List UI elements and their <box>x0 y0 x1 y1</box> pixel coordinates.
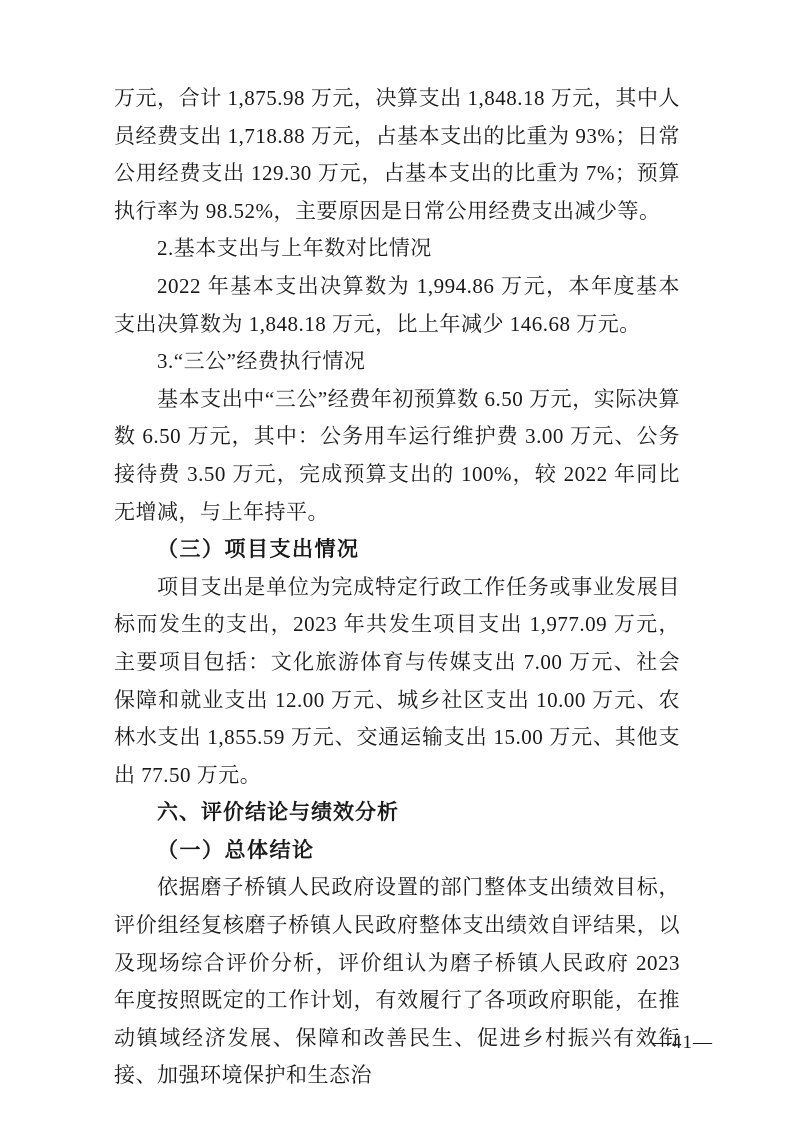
document-page: 万元，合计 1,875.98 万元，决算支出 1,848.18 万元，其中人员经… <box>0 0 793 1122</box>
paragraph-continued: 万元，合计 1,875.98 万元，决算支出 1,848.18 万元，其中人员经… <box>114 80 680 230</box>
numbered-subheading: 3.“三公”经费执行情况 <box>114 343 680 381</box>
paragraph: 2022 年基本支出决算数为 1,994.86 万元，本年度基本支出决算数为 1… <box>114 268 680 343</box>
paragraph: 基本支出中“三公”经费年初预算数 6.50 万元，实际决算数 6.50 万元，其… <box>114 381 680 531</box>
chapter-heading-evaluation-conclusion: 六、评价结论与绩效分析 <box>114 794 680 832</box>
section-heading-overall-conclusion: （一）总体结论 <box>114 832 680 870</box>
paragraph: 依据磨子桥镇人民政府设置的部门整体支出绩效目标，评价组经复核磨子桥镇人民政府整体… <box>114 869 680 1095</box>
paragraph: 项目支出是单位为完成特定行政工作任务或事业发展目标而发生的支出，2023 年共发… <box>114 569 680 795</box>
page-body-text: 万元，合计 1,875.98 万元，决算支出 1,848.18 万元，其中人员经… <box>114 80 680 1095</box>
page-number: —41— <box>652 1032 713 1054</box>
section-heading-project-expenditure: （三）项目支出情况 <box>114 531 680 569</box>
numbered-subheading: 2.基本支出与上年数对比情况 <box>114 230 680 268</box>
